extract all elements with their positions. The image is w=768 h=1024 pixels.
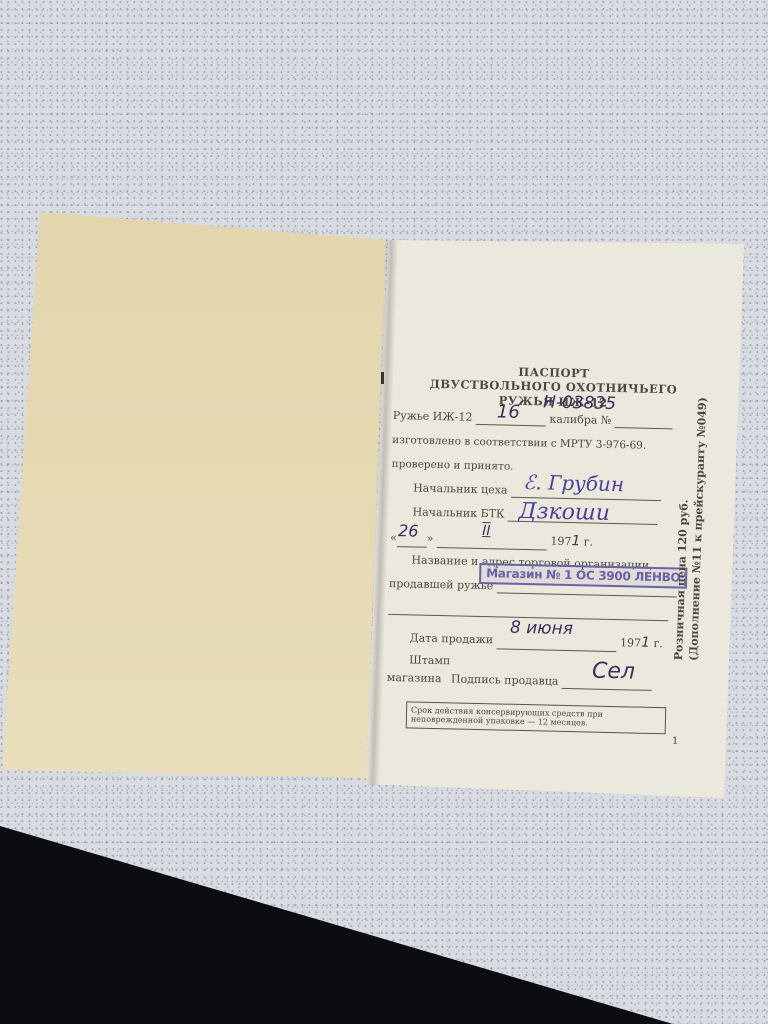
sale-year-prefix: 197 [620,636,641,649]
seller-signature-label: Подпись продавца [451,673,559,688]
year-prefix: 197 [550,535,571,548]
year-suffix-handwritten: 1 [571,533,580,549]
page-number: 1 [672,736,678,747]
sale-year-unit: г. [653,637,663,650]
stamp-label: Штамп [409,654,450,668]
btk-chief-label: Начальник БТК [412,506,504,521]
staple [381,372,384,384]
day-handwritten: 26 [398,521,419,541]
shop-chief-signature: ℰ. Грубин [523,470,624,497]
sale-date-handwritten: 8 июня [510,618,573,641]
manufactured-text: изготовлено в соответствии с МРТУ 3-976-… [392,434,646,452]
gun-label: Ружье ИЖ-12 [393,409,473,424]
btk-chief-signature: Дзкоши [518,498,610,528]
store-label: магазина [387,671,442,685]
serial-handwritten: Н-03835 [543,393,616,416]
checked-text: проверено и принято. [392,458,514,473]
shop-chief-label: Начальник цеха [413,482,508,497]
gauge-handwritten: 16 [497,401,520,424]
passport-form: ПАСПОРТ ДВУСТВОЛЬНОГО ОХОТНИЧЬЕГО РУЖЬЯ … [386,362,694,734]
seller-org-label: продавшей ружье [389,577,493,592]
sale-year-suffix-handwritten: 1 [641,635,650,651]
month-line [437,535,547,550]
seller-signature-handwritten: Сел [592,658,636,686]
sale-date-label: Дата продажи [410,632,494,647]
serial-line [615,415,673,429]
year-unit: г. [584,535,594,548]
seller-signature-row: магазина Подпись продавца Сел [386,671,686,700]
month-handwritten: II [482,523,491,541]
